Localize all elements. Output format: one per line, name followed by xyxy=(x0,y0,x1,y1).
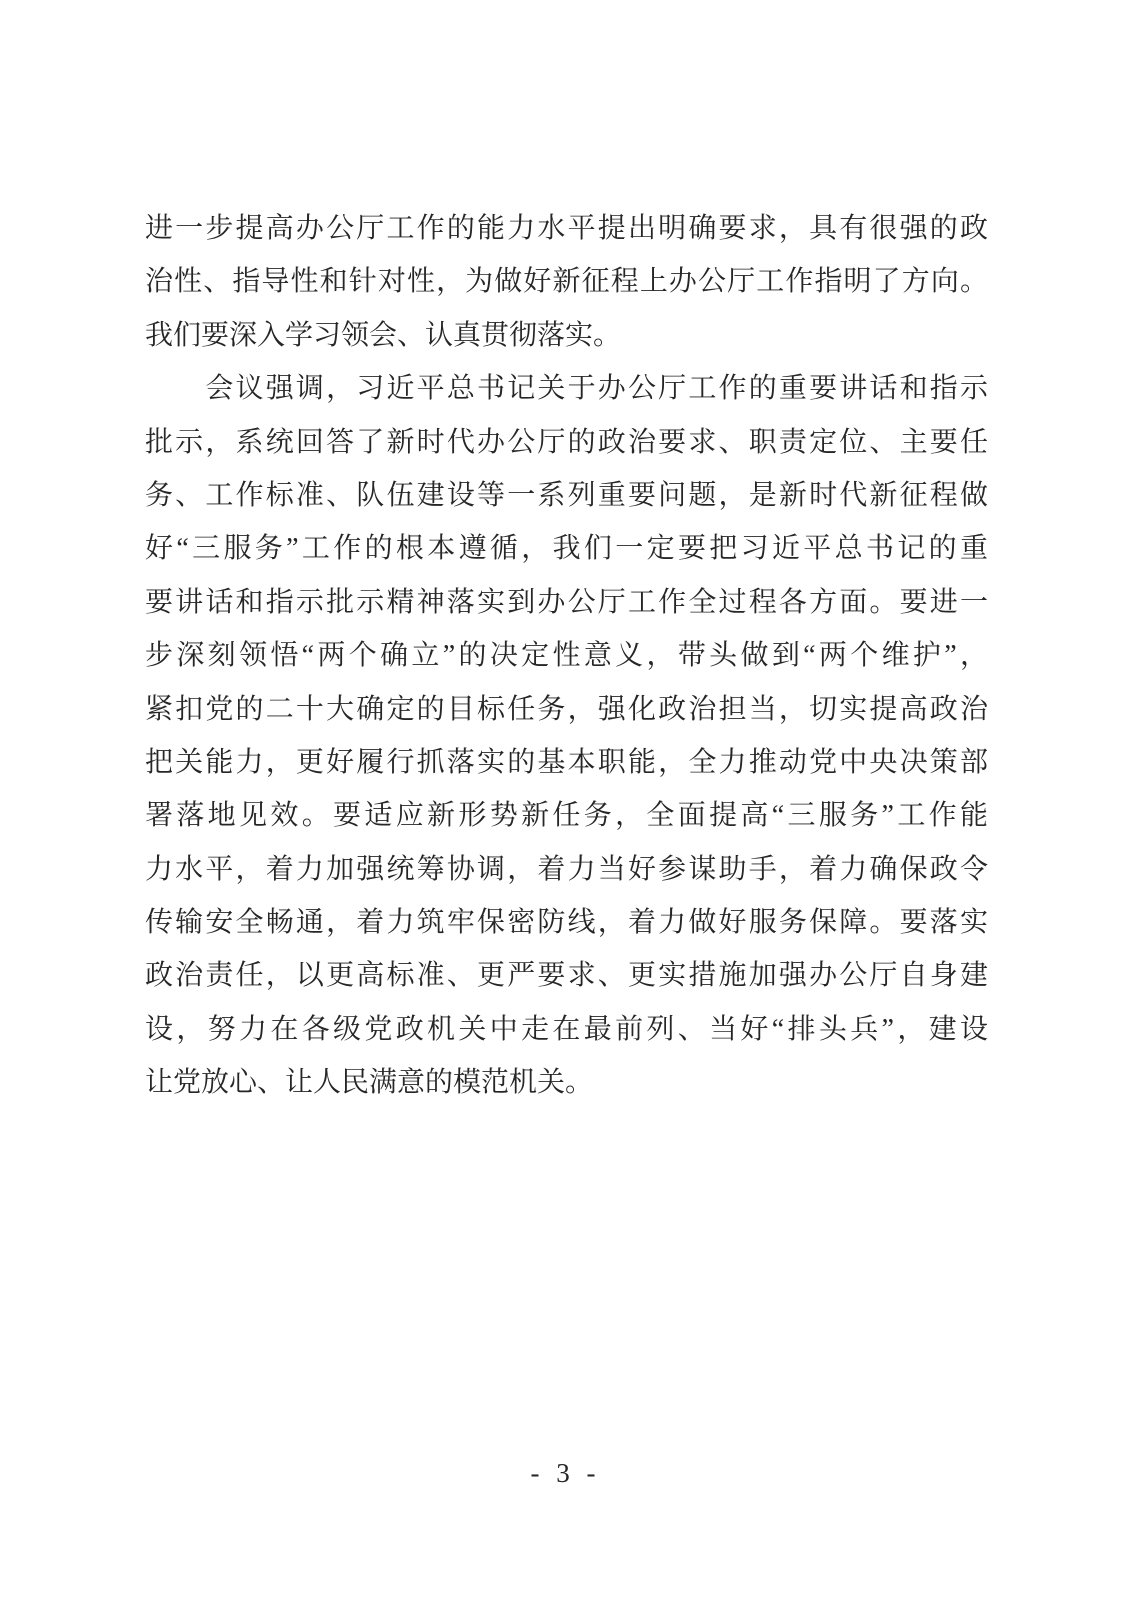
text-line: 治性、指导性和针对性，为做好新征程上办公厅工作指明了方向。 xyxy=(145,255,988,308)
document-body: 进一步提高办公厅工作的能力水平提出明确要求，具有很强的政治性、指导性和针对性，为… xyxy=(145,202,988,1110)
text-line: 设，努力在各级党政机关中走在最前列、当好“排头兵”，建设 xyxy=(145,1003,988,1056)
text-line: 政治责任，以更高标准、更严要求、更实措施加强办公厅自身建 xyxy=(145,949,988,1002)
text-line: 会议强调，习近平总书记关于办公厅工作的重要讲话和指示 xyxy=(145,362,988,415)
paragraph: 进一步提高办公厅工作的能力水平提出明确要求，具有很强的政治性、指导性和针对性，为… xyxy=(145,202,988,362)
document-page: 进一步提高办公厅工作的能力水平提出明确要求，具有很强的政治性、指导性和针对性，为… xyxy=(0,0,1131,1600)
text-line: 要讲话和指示批示精神落实到办公厅工作全过程各方面。要进一 xyxy=(145,576,988,629)
text-line: 我们要深入学习领会、认真贯彻落实。 xyxy=(145,309,988,362)
text-line: 署落地见效。要适应新形势新任务，全面提高“三服务”工作能 xyxy=(145,789,988,842)
paragraph: 会议强调，习近平总书记关于办公厅工作的重要讲话和指示批示，系统回答了新时代办公厅… xyxy=(145,362,988,1109)
text-line: 步深刻领悟“两个确立”的决定性意义，带头做到“两个维护”， xyxy=(145,629,988,682)
text-line: 进一步提高办公厅工作的能力水平提出明确要求，具有很强的政 xyxy=(145,202,988,255)
text-line: 务、工作标准、队伍建设等一系列重要问题，是新时代新征程做 xyxy=(145,469,988,522)
text-line: 力水平，着力加强统筹协调，着力当好参谋助手，着力确保政令 xyxy=(145,843,988,896)
text-line: 传输安全畅通，着力筑牢保密防线，着力做好服务保障。要落实 xyxy=(145,896,988,949)
text-line: 批示，系统回答了新时代办公厅的政治要求、职责定位、主要任 xyxy=(145,416,988,469)
text-line: 把关能力，更好履行抓落实的基本职能，全力推动党中央决策部 xyxy=(145,736,988,789)
text-line: 让党放心、让人民满意的模范机关。 xyxy=(145,1056,988,1109)
text-line: 紧扣党的二十大确定的目标任务，强化政治担当，切实提高政治 xyxy=(145,683,988,736)
page-number: - 3 - xyxy=(0,1458,1131,1489)
text-line: 好“三服务”工作的根本遵循，我们一定要把习近平总书记的重 xyxy=(145,522,988,575)
